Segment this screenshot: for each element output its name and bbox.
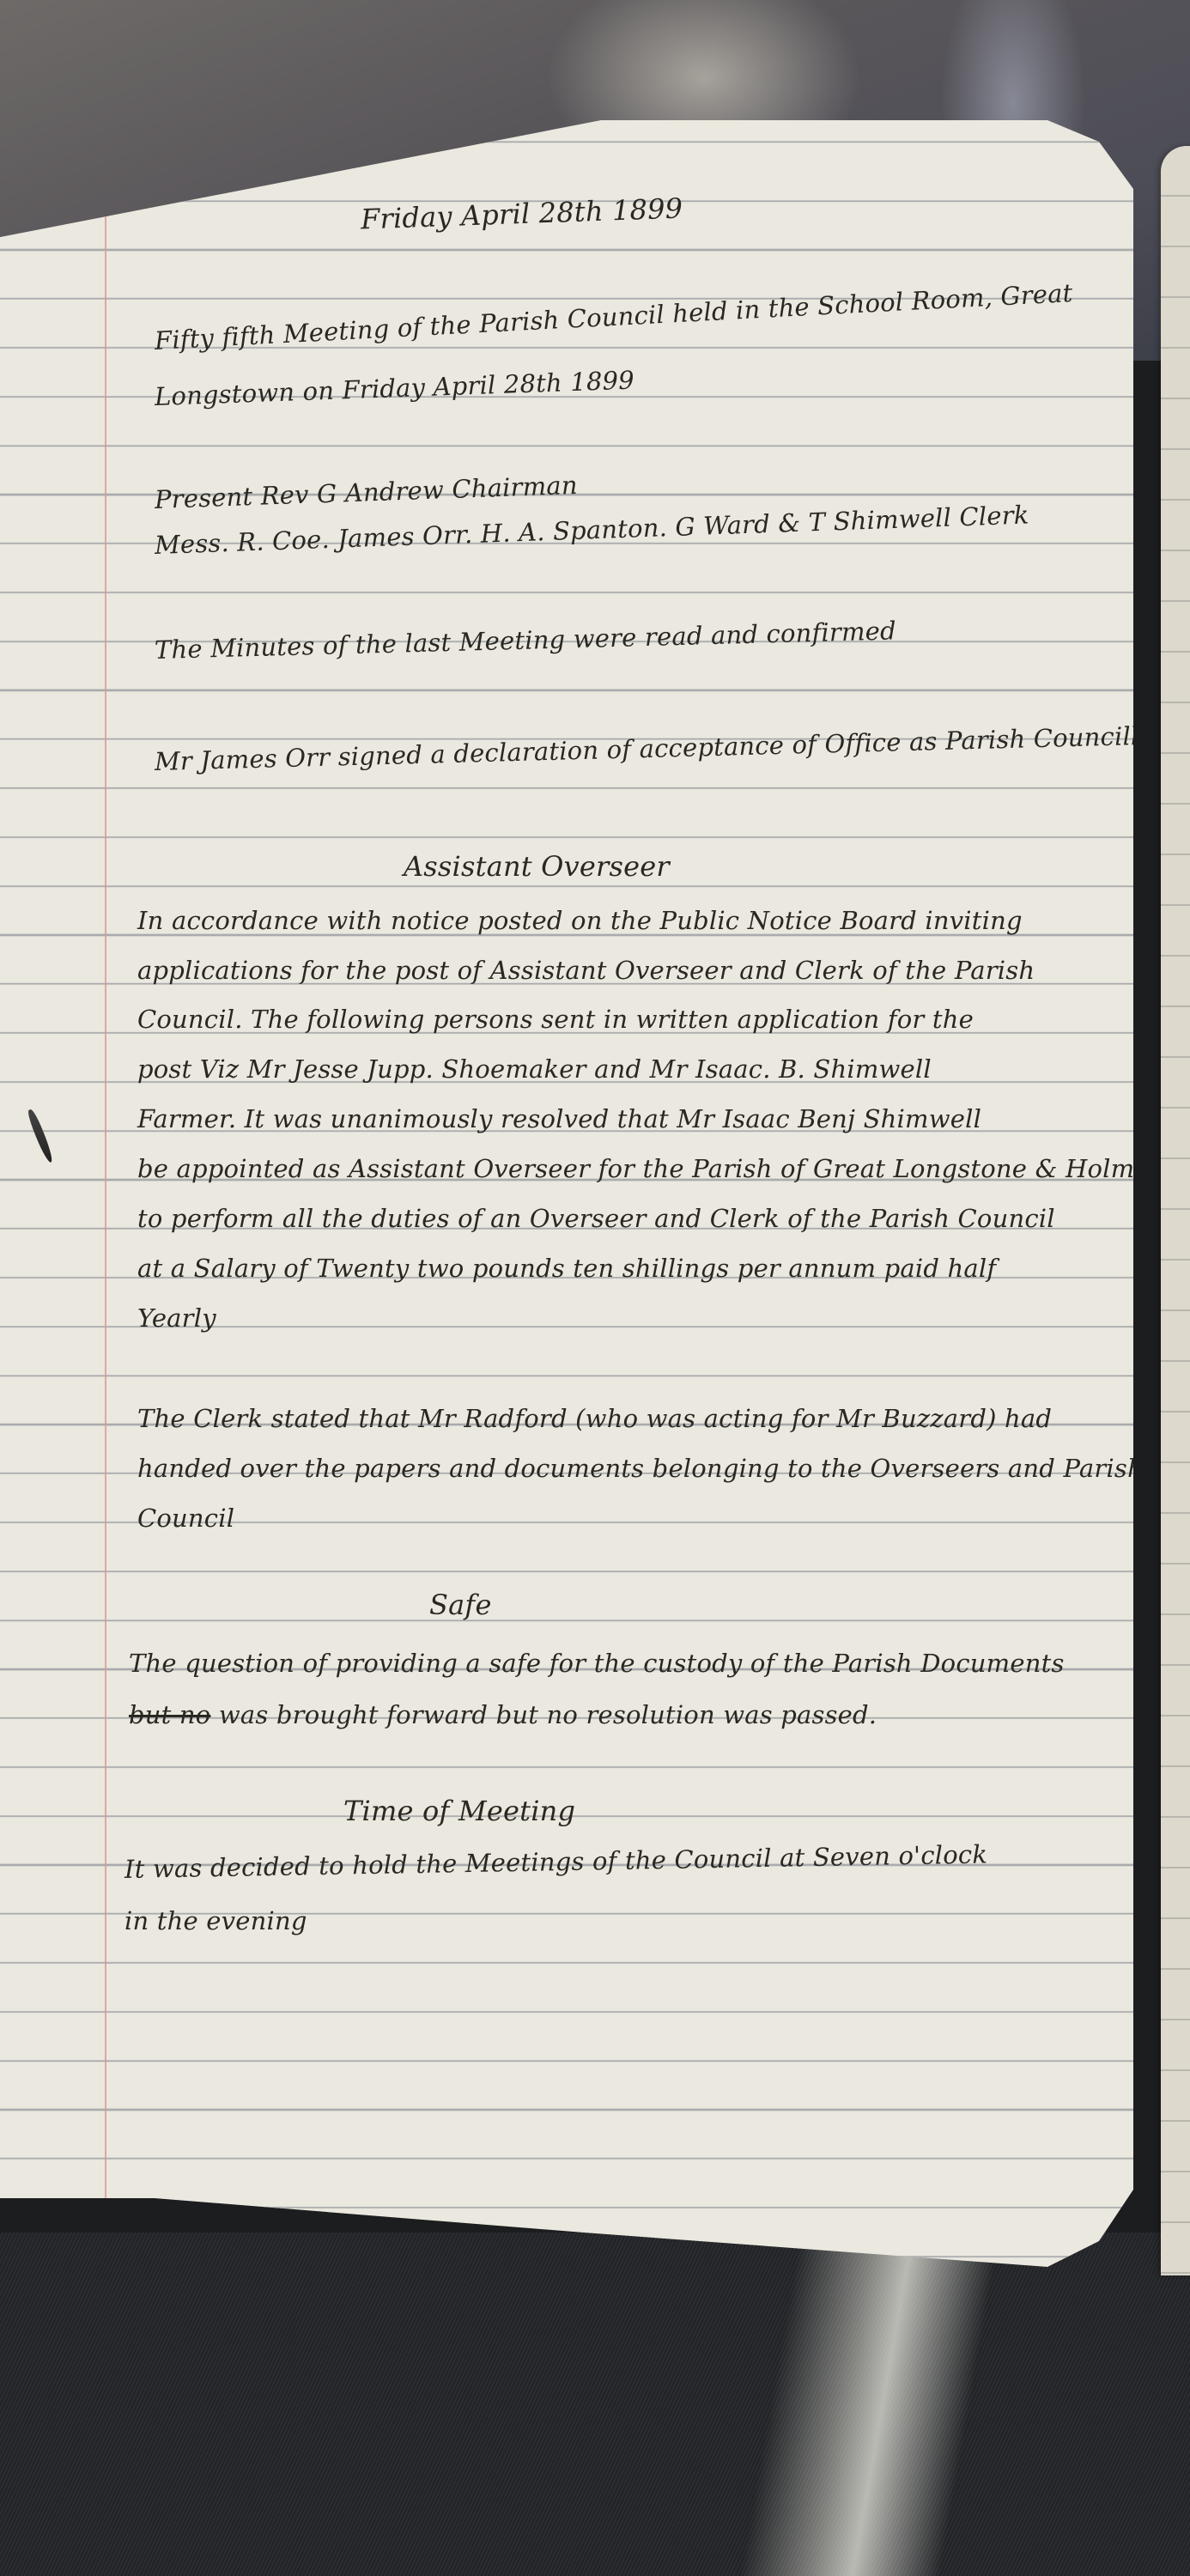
section-line: Yearly xyxy=(137,1303,216,1333)
intro-line-1: Fifty fifth Meeting of the Parish Counci… xyxy=(154,278,1073,355)
red-margin-line xyxy=(105,172,106,2215)
safe-line: but no was brought forward but no resolu… xyxy=(129,1700,877,1729)
section-line: to perform all the duties of an Overseer… xyxy=(137,1204,1055,1233)
time-of-meeting-line: It was decided to hold the Meetings of t… xyxy=(124,1839,988,1884)
section-heading-safe: Safe xyxy=(429,1589,492,1621)
clerk-statement-line: Council xyxy=(137,1504,234,1533)
ink-blot-mark xyxy=(26,1109,55,1164)
declaration-text: Mr James Orr signed a declaration of acc… xyxy=(155,720,1167,776)
section-line: be appointed as Assistant Overseer for t… xyxy=(137,1154,1150,1183)
section-line: Farmer. It was unanimously resolved that… xyxy=(137,1104,981,1133)
minutes-confirmed-text: The Minutes of the last Meeting were rea… xyxy=(155,616,897,665)
section-line-salary: at a Salary of Twenty two pounds ten shi… xyxy=(137,1254,996,1283)
safe-line-text: was brought forward but no resolution wa… xyxy=(219,1700,877,1729)
section-line: In accordance with notice posted on the … xyxy=(137,906,1023,935)
time-of-meeting-line: in the evening xyxy=(124,1906,307,1935)
section-line: applications for the post of Assistant O… xyxy=(137,956,1035,985)
safe-line: The question of providing a safe for the… xyxy=(129,1649,1065,1678)
date-heading: Friday April 28th 1899 xyxy=(360,191,683,235)
clerk-statement-line: handed over the papers and documents bel… xyxy=(137,1454,1144,1483)
section-heading-time-of-meeting: Time of Meeting xyxy=(343,1795,575,1827)
minute-book-page: Friday April 28th 1899 Fifty fifth Meeti… xyxy=(0,120,1161,2284)
clerk-statement-line: The Clerk stated that Mr Radford (who wa… xyxy=(137,1404,1052,1433)
intro-line-2: Longstown on Friday April 28th 1899 xyxy=(154,365,634,410)
attendance-present: Present Rev G Andrew Chairman xyxy=(154,471,578,514)
struck-text: but no xyxy=(129,1700,210,1729)
section-line: Council. The following persons sent in w… xyxy=(137,1005,974,1034)
background-dark-cloth xyxy=(0,2233,1190,2576)
adjacent-page-edge xyxy=(1161,146,1190,2275)
section-line-applicants: post Viz Mr Jesse Jupp. Shoemaker and Mr… xyxy=(137,1054,932,1084)
section-heading-assistant-overseer: Assistant Overseer xyxy=(404,850,670,883)
